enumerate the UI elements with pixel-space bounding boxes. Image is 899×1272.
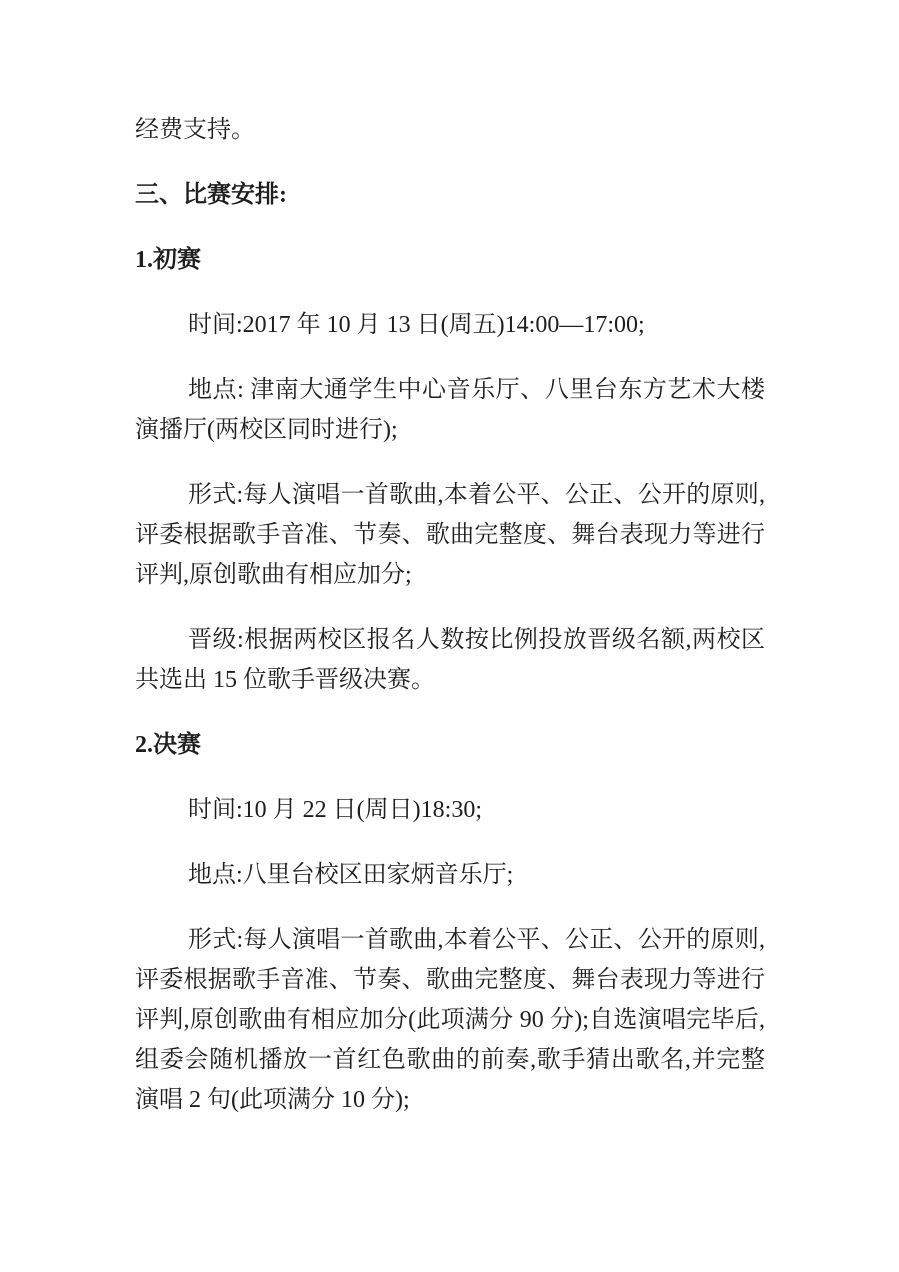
paragraph-preliminary-format: 形式:每人演唱一首歌曲,本着公平、公正、公开的原则,评委根据歌手音准、节奏、歌曲… xyxy=(135,475,765,595)
paragraph-preliminary-time: 时间:2017 年 10 月 13 日(周五)14:00—17:00; xyxy=(135,305,765,345)
section-heading-competition-arrangement: 三、比赛安排: xyxy=(135,175,765,215)
paragraph-final-location: 地点:八里台校区田家炳音乐厅; xyxy=(135,855,765,895)
document-page: 经费支持。 三、比赛安排: 1.初赛 时间:2017 年 10 月 13 日(周… xyxy=(0,0,899,1272)
paragraph-preliminary-promotion: 晋级:根据两校区报名人数按比例投放晋级名额,两校区共选出 15 位歌手晋级决赛。 xyxy=(135,620,765,700)
subheading-final-round: 2.决赛 xyxy=(135,725,765,765)
subheading-preliminary-round: 1.初赛 xyxy=(135,240,765,280)
paragraph-final-time: 时间:10 月 22 日(周日)18:30; xyxy=(135,790,765,830)
paragraph-final-format: 形式:每人演唱一首歌曲,本着公平、公正、公开的原则,评委根据歌手音准、节奏、歌曲… xyxy=(135,920,765,1120)
document-body: 经费支持。 三、比赛安排: 1.初赛 时间:2017 年 10 月 13 日(周… xyxy=(135,110,765,1120)
paragraph-funding-support-tail: 经费支持。 xyxy=(135,110,765,150)
paragraph-preliminary-location: 地点: 津南大通学生中心音乐厅、八里台东方艺术大楼演播厅(两校区同时进行); xyxy=(135,370,765,450)
